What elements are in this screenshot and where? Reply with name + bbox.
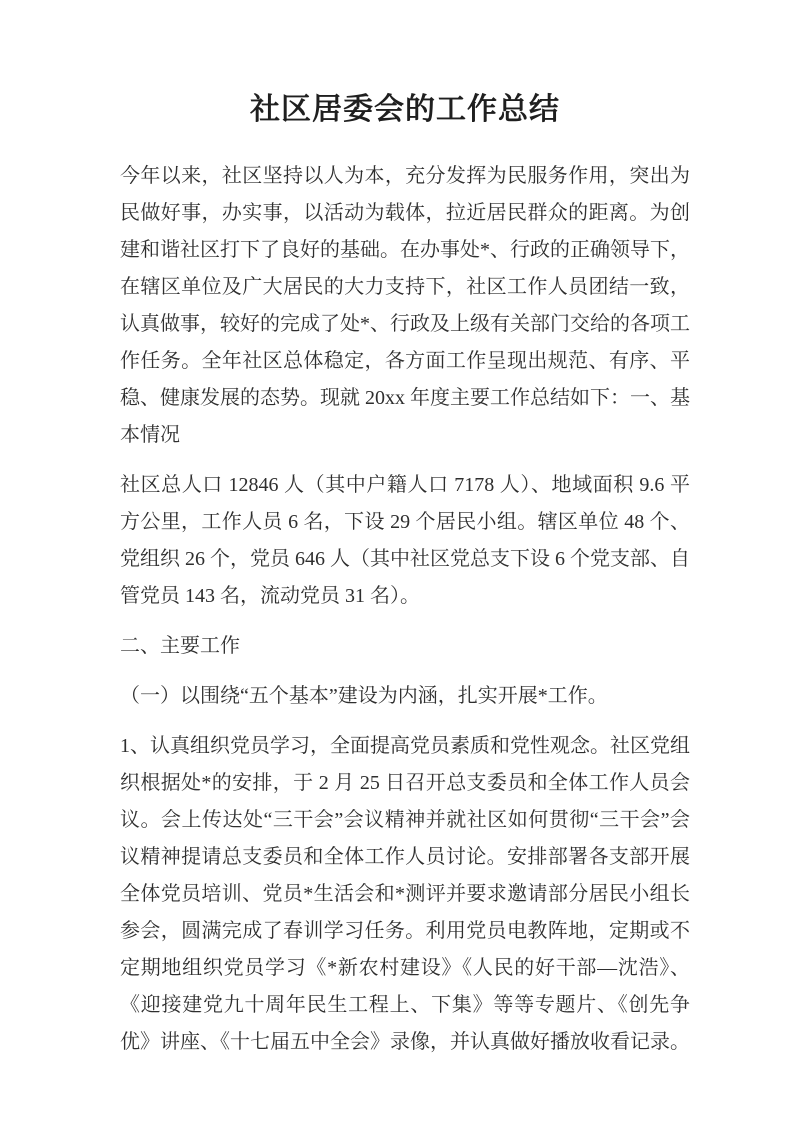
document-title: 社区居委会的工作总结 (120, 88, 690, 132)
document-page: 社区居委会的工作总结 今年以来，社区坚持以人为本，充分发挥为民服务作用，突出为民… (0, 0, 793, 1122)
paragraph-basic-stats: 社区总人口 12846 人（其中户籍人口 7178 人）、地域面积 9.6 平方… (120, 467, 690, 615)
paragraph-section-heading-main-work: 二、主要工作 (120, 628, 690, 665)
paragraph-subsection-five-basics: （一）以围绕“五个基本”建设为内涵，扎实开展*工作。 (120, 678, 690, 715)
paragraph-party-member-study: 1、认真组织党员学习，全面提高党员素质和党性观念。社区党组织根据处*的安排，于 … (120, 728, 690, 1061)
paragraph-overview: 今年以来，社区坚持以人为本，充分发挥为民服务作用，突出为民做好事，办实事，以活动… (120, 158, 690, 454)
